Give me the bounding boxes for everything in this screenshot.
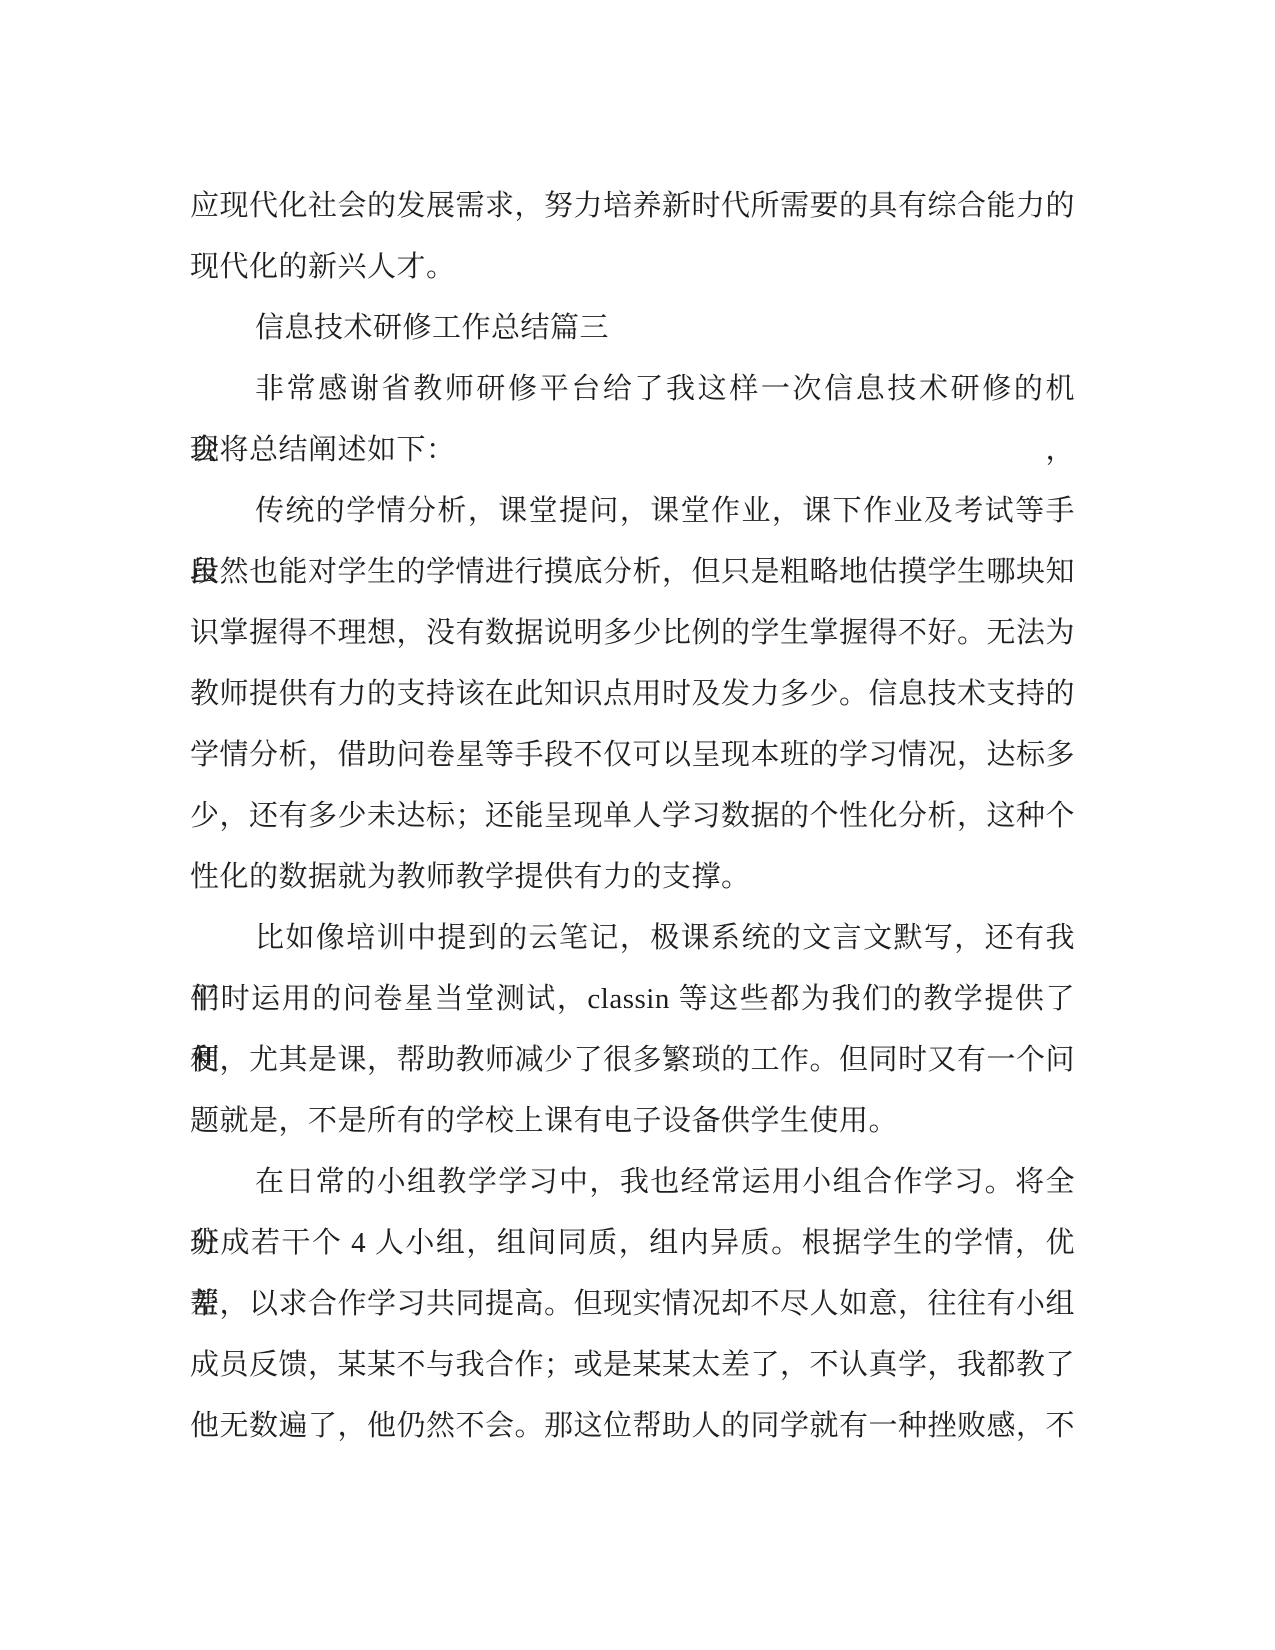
text-line: 利，尤其是课，帮助教师减少了很多繁琐的工作。但同时又有一个问 xyxy=(190,1030,1075,1091)
text-line: 识掌握得不理想，没有数据说明多少比例的学生掌握得不好。无法为 xyxy=(190,603,1075,664)
text-line: 题就是，不是所有的学校上课有电子设备供学生使用。 xyxy=(190,1091,1075,1152)
text-line: 传统的学情分析，课堂提问，课堂作业，课下作业及考试等手段 xyxy=(190,481,1075,542)
text-line: 虽然也能对学生的学情进行摸底分析，但只是粗略地估摸学生哪块知 xyxy=(190,542,1075,603)
text-line: 性化的数据就为教师教学提供有力的支撑。 xyxy=(190,847,1075,908)
text-line: 比如像培训中提到的云笔记，极课系统的文言文默写，还有我们 xyxy=(190,908,1075,969)
text-line: 教师提供有力的支持该在此知识点用时及发力多少。信息技术支持的 xyxy=(190,664,1075,725)
document-text-block: 应现代化社会的发展需求，努力培养新时代所需要的具有综合能力的 现代化的新兴人才。… xyxy=(190,176,1075,1457)
text-line: 平时运用的问卷星当堂测试，classin 等这些都为我们的教学提供了便 xyxy=(190,969,1075,1030)
text-line: 学情分析，借助问卷星等手段不仅可以呈现本班的学习情况，达标多 xyxy=(190,725,1075,786)
text-line: 少，还有多少未达标；还能呈现单人学习数据的个性化分析，这种个 xyxy=(190,786,1075,847)
document-page: 应现代化社会的发展需求，努力培养新时代所需要的具有综合能力的 现代化的新兴人才。… xyxy=(0,0,1275,1650)
section-title-line: 信息技术研修工作总结篇三 xyxy=(190,298,1075,359)
text-line: 分成若干个 4 人小组，组间同质，组内异质。根据学生的学情，优帮 xyxy=(190,1213,1075,1274)
text-line: 非常感谢省教师研修平台给了我这样一次信息技术研修的机会， xyxy=(190,359,1075,420)
text-line: 差，以求合作学习共同提高。但现实情况却不尽人如意，往往有小组 xyxy=(190,1274,1075,1335)
text-line: 现代化的新兴人才。 xyxy=(190,237,1075,298)
text-line: 他无数遍了，他仍然不会。那这位帮助人的同学就有一种挫败感，不 xyxy=(190,1396,1075,1457)
text-line: 应现代化社会的发展需求，努力培养新时代所需要的具有综合能力的 xyxy=(190,176,1075,237)
text-line: 在日常的小组教学学习中，我也经常运用小组合作学习。将全班 xyxy=(190,1152,1075,1213)
text-line: 成员反馈，某某不与我合作；或是某某太差了，不认真学，我都教了 xyxy=(190,1335,1075,1396)
